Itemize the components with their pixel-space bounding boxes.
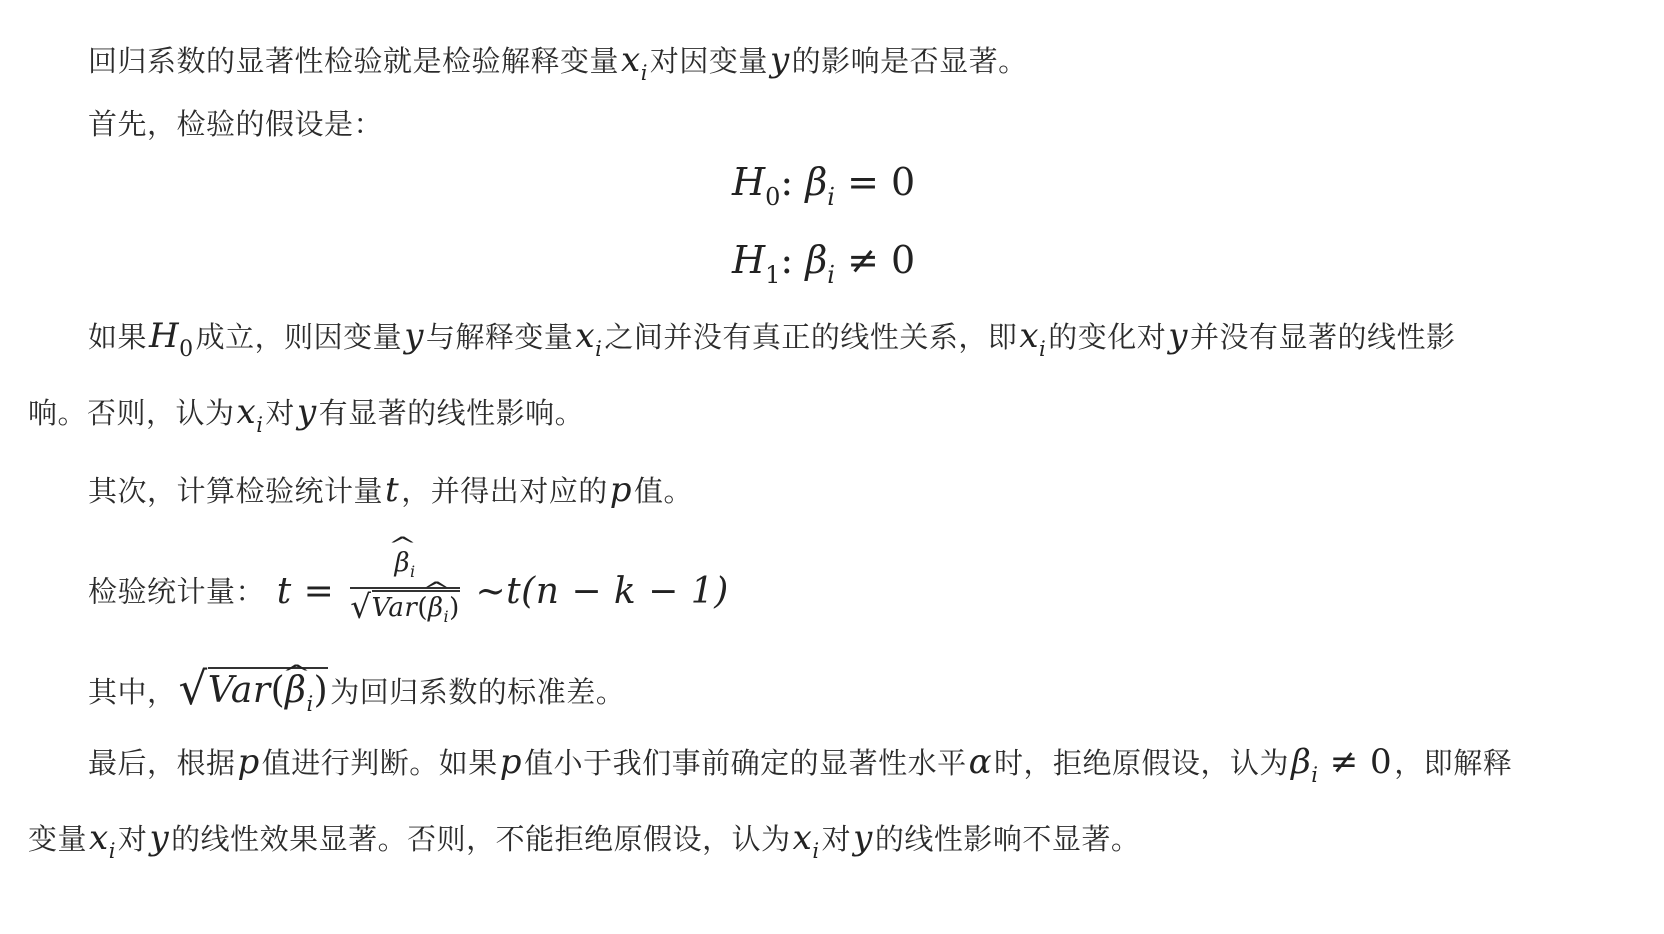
paragraph-null-hypothesis-cont: 响。否则，认为xi对y有显著的线性影响。 xyxy=(28,392,584,445)
paragraph-standard-error: 其中，√Var(βi)为回归系数的标准差。 xyxy=(88,664,625,729)
paragraph-hypothesis-intro: 首先，检验的假设是： xyxy=(88,104,383,144)
math-x-i: xi xyxy=(237,392,264,432)
math-x-i: xi xyxy=(621,40,648,80)
equation-h0: H0: βi = 0 xyxy=(732,160,915,211)
math-p: p xyxy=(610,470,632,510)
math-p: p xyxy=(500,742,522,782)
math-sqrt-var-beta: √Var(βi) xyxy=(179,664,329,729)
paragraph-intro: 回归系数的显著性检验就是检验解释变量xi对因变量y的影响是否显著。 xyxy=(88,40,1028,93)
math-y: y xyxy=(404,316,424,356)
text: 首先，检验的假设是： xyxy=(88,107,383,141)
text: 回归系数的显著性检验就是检验解释变量 xyxy=(88,44,619,78)
math-alpha: α xyxy=(969,742,992,782)
math-beta-neq-0: βi ≠ 0 xyxy=(1291,742,1392,782)
math-h0: H0 xyxy=(149,316,194,356)
paragraph-compute-statistic: 其次，计算检验统计量t，并得出对应的p值。 xyxy=(88,470,693,511)
paragraph-test-statistic: 检验统计量： t = βi √Var(βi) ~t(n − k − 1) xyxy=(88,548,731,635)
equation-h1: H1: βi ≠ 0 xyxy=(732,238,915,289)
math-p: p xyxy=(238,742,260,782)
text: 的影响是否显著。 xyxy=(792,44,1028,78)
paragraph-null-hypothesis: 如果H0成立，则因变量y与解释变量xi之间并没有真正的线性关系，即xi的变化对y… xyxy=(88,316,1456,370)
math-t: t xyxy=(385,470,399,510)
math-y: y xyxy=(853,818,873,858)
text: 对因变量 xyxy=(650,44,768,78)
math-x-i: xi xyxy=(575,316,602,356)
math-x-i: xi xyxy=(89,818,116,858)
paragraph-decision-cont: 变量xi对y的线性效果显著。否则，不能拒绝原假设，认为xi对y的线性影响不显著。 xyxy=(28,818,1140,871)
math-y: y xyxy=(149,818,169,858)
math-y: y xyxy=(297,392,317,432)
math-x-i: xi xyxy=(793,818,820,858)
fraction-t-statistic: βi √Var(βi) xyxy=(350,548,460,635)
math-y: y xyxy=(770,40,790,80)
math-x-i: xi xyxy=(1019,316,1046,356)
paragraph-decision: 最后，根据p值进行判断。如果p值小于我们事前确定的显著性水平α时，拒绝原假设，认… xyxy=(88,742,1512,795)
math-y: y xyxy=(1168,316,1188,356)
